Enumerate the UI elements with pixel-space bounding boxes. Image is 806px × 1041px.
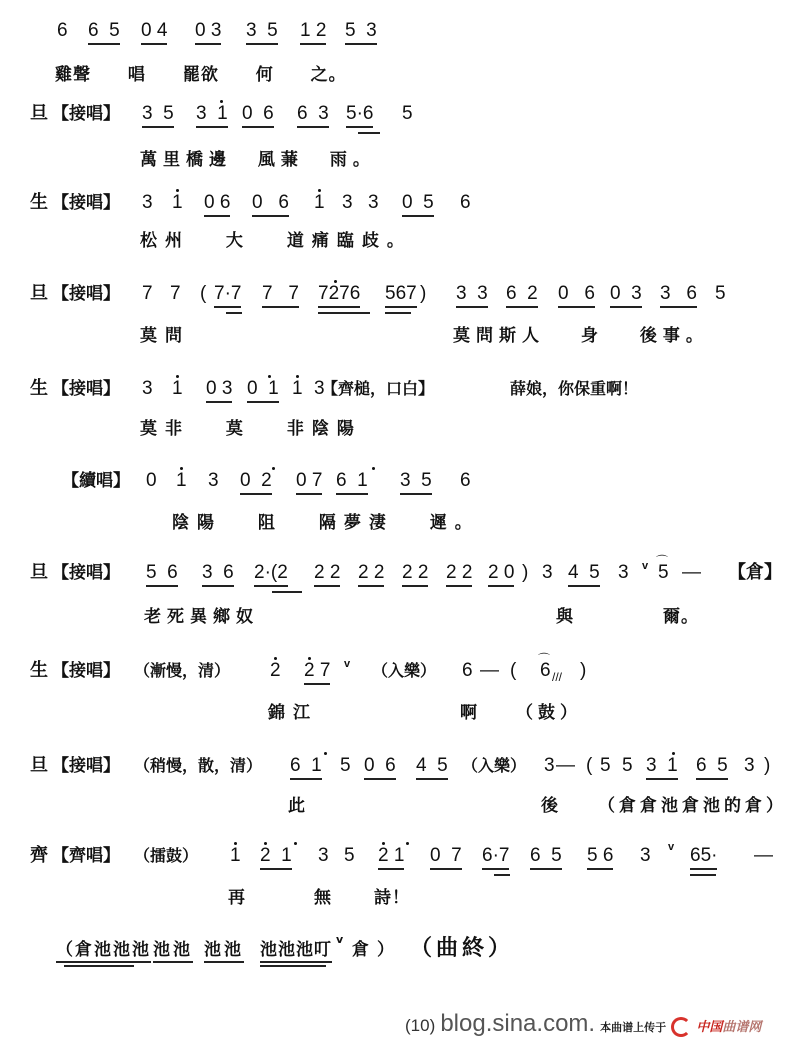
percussion-cue: 【倉】 [728,562,782,584]
lyrics-row-a: 錦江 [268,698,318,724]
score-page: 6 6 5 0 4 0 3 3 5 1 2 5 3 雞聲 唱 罷欲 何 之。 旦… [0,0,806,1041]
watermark-url: blog.sina.com. [440,1010,595,1037]
section-label: 【接唱】 [52,103,120,125]
spoken-line: 薛娘，你保重啊！ [510,378,638,400]
site-name-b: 曲谱网 [722,1020,761,1035]
percussion-group-1: （倉池池池 [56,935,151,963]
site-logo-icon [671,1017,691,1037]
tempo-mark: （漸慢，清） [134,660,230,682]
percussion-cue: 【齊槌，口白】 [322,378,434,400]
percussion-group-4: 池池池叮 [260,935,332,963]
section-label: 【接唱】 [52,755,120,777]
instrument-cue: （入樂） [462,755,526,777]
lyrics-row-b: 無 [314,883,332,909]
end-mark: （曲終） [410,931,514,957]
section-label: 【接唱】 [52,192,120,214]
section-label: 【接唱】 [52,283,120,305]
percussion-group-2: 池池 [153,935,193,963]
site-name-a: 中国 [696,1020,722,1035]
percussion-group-3: 池池 [204,935,244,963]
role-sheng: 生 [30,378,48,400]
instrument-cue: （入樂） [372,660,436,682]
role-dan: 旦 [30,755,48,777]
lyrics-row-a: 再 [228,883,246,909]
section-label: 【接唱】 [52,562,120,584]
lyrics-row-c: 爾。 [663,602,699,628]
lyrics-row-a: 此 [288,791,306,817]
lyrics-row-a: 莫問 [140,321,190,347]
lyrics-row-c: （倉倉池倉池的倉） [598,791,787,817]
lyrics-row-c: 詩！ [374,883,410,909]
role-dan: 旦 [30,562,48,584]
lyrics-row: 萬里橋邊 風蒹 雨。 [140,145,376,171]
tempo-mark: （稍慢，散，清） [134,755,262,777]
lyrics-row: 松州 大 道痛臨歧。 [140,226,412,252]
role-sheng: 生 [30,192,48,214]
lyrics-row-b: 與 [556,602,574,628]
lyrics-row-c: （鼓） [516,698,582,724]
lyrics-row-b: 後 [541,791,559,817]
tempo-mark: （擂鼓） [134,845,198,867]
lyrics-row: 莫非 莫 非陰陽 [140,414,362,440]
role-sheng: 生 [30,660,48,682]
upload-text: 本曲谱上传于 [600,1021,666,1034]
section-label: 【齊唱】 [52,845,120,867]
lyrics-row-b: 啊 [460,698,478,724]
page-number: (10) [405,1016,435,1035]
role-dan: 旦 [30,283,48,305]
footer: (10) blog.sina.com. 本曲谱上传于 中国曲谱网 [405,1010,761,1038]
section-label: 【續唱】 [62,470,130,492]
section-label: 【接唱】 [52,378,120,400]
section-label: 【接唱】 [52,660,120,682]
lyrics-row: 雞聲 唱 罷欲 何 之。 [55,60,347,86]
role-dan: 旦 [30,103,48,125]
lyrics-row-a: 老死異鄉奴 [144,602,259,628]
role-chorus: 齊 [30,845,48,867]
percussion-group-5: 倉） [352,935,402,961]
lyrics-row: 陰陽 阻 隔夢淒 遲。 [172,508,480,534]
lyrics-row-b: 莫問斯人 身 後事。 [453,321,709,347]
